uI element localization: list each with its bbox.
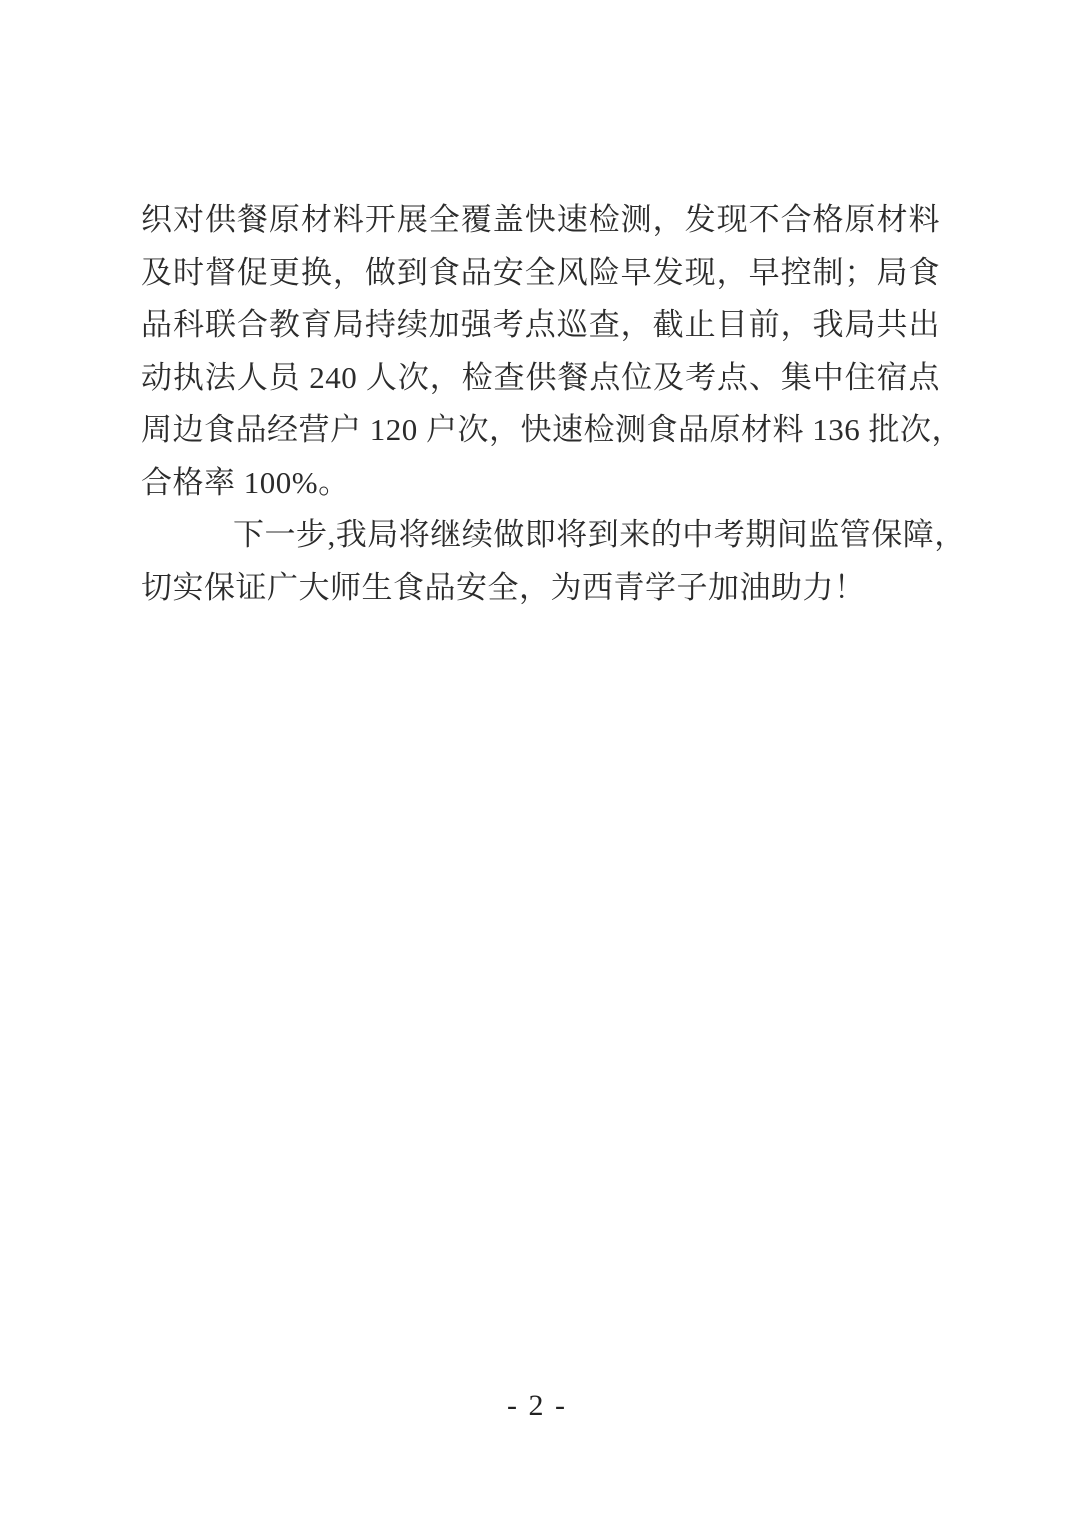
body-line-1: 织对供餐原材料开展全覆盖快速检测，发现不合格原材料 bbox=[141, 194, 940, 247]
body-line-2: 及时督促更换，做到食品安全风险早发现，早控制；局食 bbox=[141, 247, 940, 300]
body-line-5: 周边食品经营户 120 户次，快速检测食品原材料 136 批次， bbox=[141, 404, 940, 457]
body-line-7: 下一步,我局将继续做即将到来的中考期间监管保障， bbox=[141, 509, 940, 562]
page-number: - 2 - bbox=[507, 1389, 567, 1422]
body-line-3: 品科联合教育局持续加强考点巡查，截止目前，我局共出 bbox=[141, 299, 940, 352]
body-line-6: 合格率 100%。 bbox=[141, 457, 940, 510]
body-line-8: 切实保证广大师生食品安全，为西青学子加油助力！ bbox=[141, 562, 940, 615]
page-footer: - 2 - bbox=[0, 1386, 1074, 1426]
document-body: 织对供餐原材料开展全覆盖快速检测，发现不合格原材料 及时督促更换，做到食品安全风… bbox=[141, 194, 940, 614]
document-page: 织对供餐原材料开展全覆盖快速检测，发现不合格原材料 及时督促更换，做到食品安全风… bbox=[0, 0, 1074, 1520]
body-line-4: 动执法人员 240 人次，检查供餐点位及考点、集中住宿点 bbox=[141, 352, 940, 405]
